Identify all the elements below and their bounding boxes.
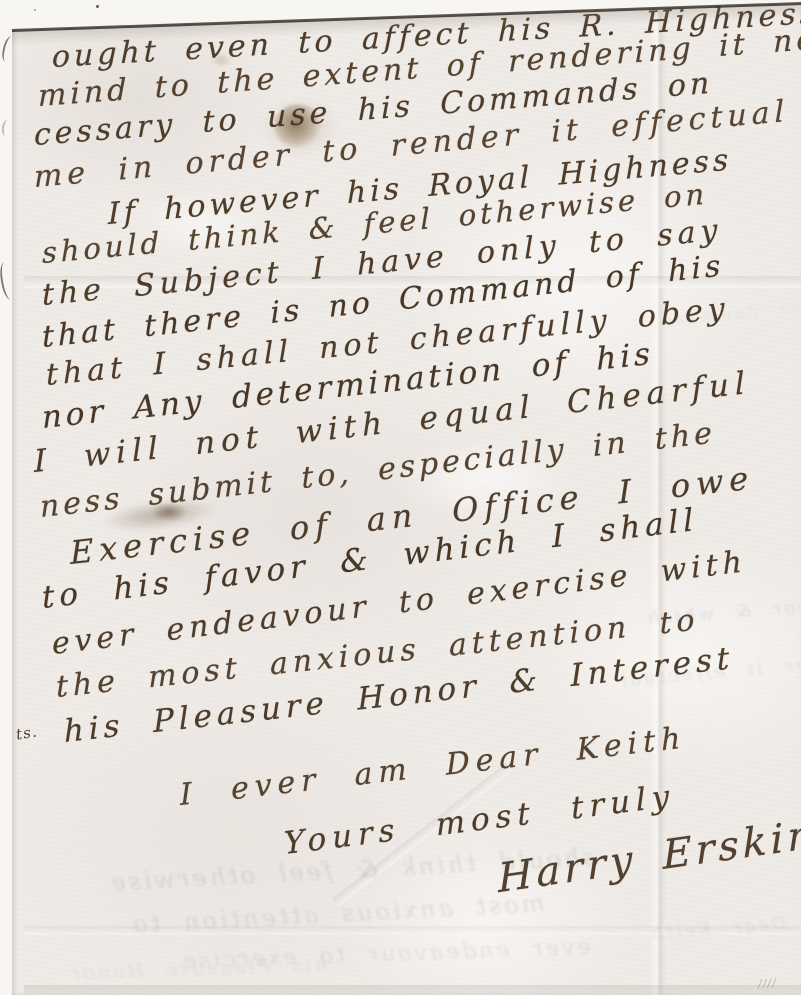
margin-note: ts. (15, 722, 39, 743)
letter-paper: to his favor & which render it effectual… (12, 0, 801, 995)
ink-showthrough: most anxious attention to (130, 889, 546, 939)
ink-showthrough: ever endeavour to exercise (180, 935, 591, 974)
bottom-edge-crease (24, 985, 801, 995)
ink-showthrough: Dear Keith (647, 913, 786, 944)
ink-showthrough: his Pleasure Honor (68, 953, 327, 984)
edge-ink-mark (1, 119, 12, 136)
corner-pencil-mark: //// (758, 976, 778, 990)
horizontal-fold-crease (24, 926, 801, 935)
dust-speck (34, 9, 36, 11)
scanned-letter-page: to his favor & which render it effectual… (0, 0, 801, 995)
dust-speck (96, 5, 99, 8)
